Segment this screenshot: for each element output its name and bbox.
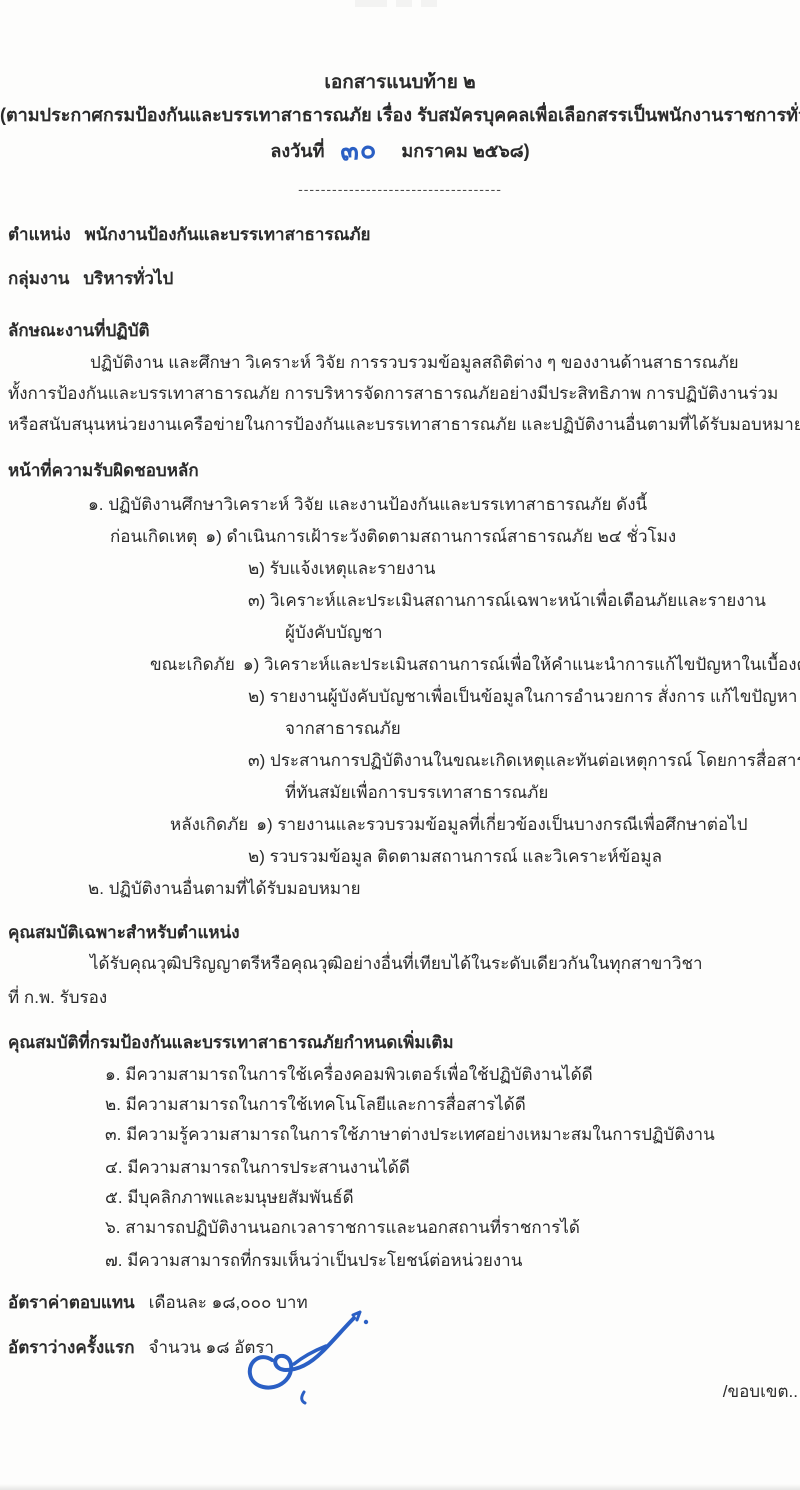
duty-subitem: ๓) วิเคราะห์และประเมินสถานการณ์เฉพาะหน้า… [248, 588, 766, 614]
work-group-value: บริหารทั่วไป [83, 269, 173, 288]
date-line: ลงวันที่๓๐มกราคม ๒๕๖๘) [0, 135, 800, 164]
signature-ink [238, 1298, 378, 1410]
duty-after-line1: หลังเกิดภัย๑) รายงานและรวบรวมข้อมูลที่เก… [170, 812, 748, 838]
additional-qualification-item: ๕. มีบุคลิกภาพและมนุษยสัมพันธ์ดี [105, 1185, 354, 1211]
duty-before-line1: ก่อนเกิดเหตุ๑) ดำเนินการเฝ้าระวังติดตามส… [110, 524, 676, 550]
duty-during-line1: ขณะเกิดภัย๑) วิเคราะห์และประเมินสถานการณ… [150, 652, 800, 678]
scanned-document-page: เอกสารแนบท้าย ๒ (ตามประกาศกรมป้องกันและบ… [0, 0, 800, 1490]
additional-qualification-item: ๖. สามารถปฏิบัติงานนอกเวลาราชการและนอกสถ… [105, 1215, 580, 1241]
main-duties-heading: หน้าที่ความรับผิดชอบหลัก [8, 458, 199, 484]
position-label: ตำแหน่ง [8, 225, 71, 244]
additional-qualification-item: ๒. มีความสามารถในการใช้เทคโนโลยีและการสื… [105, 1092, 526, 1118]
page-title: เอกสารแนบท้าย ๒ [0, 70, 800, 96]
duty-subitem: ๒) รวบรวมข้อมูล ติดตามสถานการณ์ และวิเคร… [248, 844, 662, 870]
duty-subitem: ๒) รับแจ้งเหตุและรายงาน [248, 556, 435, 582]
job-description-line: ทั้งการป้องกันและบรรเทาสาธารณภัย การบริห… [8, 381, 778, 407]
duty-subitem: ๑) ดำเนินการเฝ้าระวังติดตามสถานการณ์สาธา… [205, 527, 676, 546]
work-group-label: กลุ่มงาน [8, 269, 69, 288]
date-suffix: มกราคม ๒๕๖๘) [401, 141, 529, 161]
duty-subitem: ๓) ประสานการปฏิบัติงานในขณะเกิดเหตุและทั… [248, 748, 800, 774]
vacancies-label: อัตราว่างครั้งแรก [8, 1338, 135, 1357]
specific-qualifications-line: ที่ ก.พ. รับรอง [8, 985, 107, 1011]
duty-subitem-continuation: ที่ทันสมัยเพื่อการบรรเทาสาธารณภัย [285, 780, 548, 806]
additional-qualification-item: ๔. มีความสามารถในการประสานงานได้ดี [105, 1155, 410, 1181]
after-incident-label: หลังเกิดภัย [170, 815, 248, 834]
duty-subitem: ๑) รายงานและรวบรวมข้อมูลที่เกี่ยวข้องเป็… [256, 815, 747, 834]
date-prefix: ลงวันที่ [270, 141, 324, 161]
scan-artifact-top [421, 0, 437, 7]
duty-subitem-continuation: จากสาธารณภัย [285, 716, 401, 742]
duty-subitem: ๑) วิเคราะห์และประเมินสถานการณ์เพื่อให้ค… [243, 655, 800, 674]
before-incident-label: ก่อนเกิดเหตุ [110, 527, 197, 546]
additional-qualification-item: ๗. มีความสามารถที่กรมเห็นว่าเป็นประโยชน์… [105, 1248, 522, 1274]
handwritten-date: ๓๐ [340, 135, 379, 164]
work-group-line: กลุ่มงานบริหารทั่วไป [8, 266, 173, 292]
duty-item: ๒. ปฏิบัติงานอื่นตามที่ได้รับมอบหมาย [88, 876, 361, 902]
compensation-label: อัตราค่าตอบแทน [8, 1293, 135, 1312]
specific-qualifications-heading: คุณสมบัติเฉพาะสำหรับตำแหน่ง [8, 920, 240, 946]
divider-dashes: ------------------------------------ [0, 176, 800, 202]
announcement-reference-line: (ตามประกาศกรมป้องกันและบรรเทาสาธารณภัย เ… [0, 102, 800, 128]
scan-artifact-top [396, 0, 412, 7]
continuation-note: /ขอบเขต.. [723, 1378, 800, 1405]
duty-subitem-continuation: ผู้บังคับบัญชา [285, 620, 383, 646]
position-value: พนักงานป้องกันและบรรเทาสาธารณภัย [85, 225, 371, 244]
vacancies-line: อัตราว่างครั้งแรกจำนวน ๑๘ อัตรา [8, 1335, 274, 1361]
scan-artifact-top [355, 0, 387, 7]
additional-qualification-item: ๓. มีความรู้ความสามารถในการใช้ภาษาต่างปร… [105, 1122, 715, 1148]
additional-qualifications-heading: คุณสมบัติที่กรมป้องกันและบรรเทาสาธารณภัย… [8, 1030, 454, 1056]
job-description-heading: ลักษณะงานที่ปฏิบัติ [8, 318, 150, 344]
job-description-line: ปฏิบัติงาน และศึกษา วิเคราะห์ วิจัย การร… [90, 350, 739, 376]
scan-edge-artifact [0, 1484, 800, 1490]
duty-subitem: ๒) รายงานผู้บังคับบัญชาเพื่อเป็นข้อมูลใน… [248, 684, 797, 710]
position-line: ตำแหน่งพนักงานป้องกันและบรรเทาสาธารณภัย [8, 222, 371, 248]
job-description-line: หรือสนับสนุนหน่วยงานเครือข่ายในการป้องกั… [8, 412, 800, 438]
specific-qualifications-line: ได้รับคุณวุฒิปริญญาตรีหรือคุณวุฒิอย่างอื… [90, 951, 703, 977]
during-incident-label: ขณะเกิดภัย [150, 655, 235, 674]
duty-item: ๑. ปฏิบัติงานศึกษาวิเคราะห์ วิจัย และงาน… [88, 492, 647, 518]
additional-qualification-item: ๑. มีความสามารถในการใช้เครื่องคอมพิวเตอร… [105, 1062, 593, 1088]
